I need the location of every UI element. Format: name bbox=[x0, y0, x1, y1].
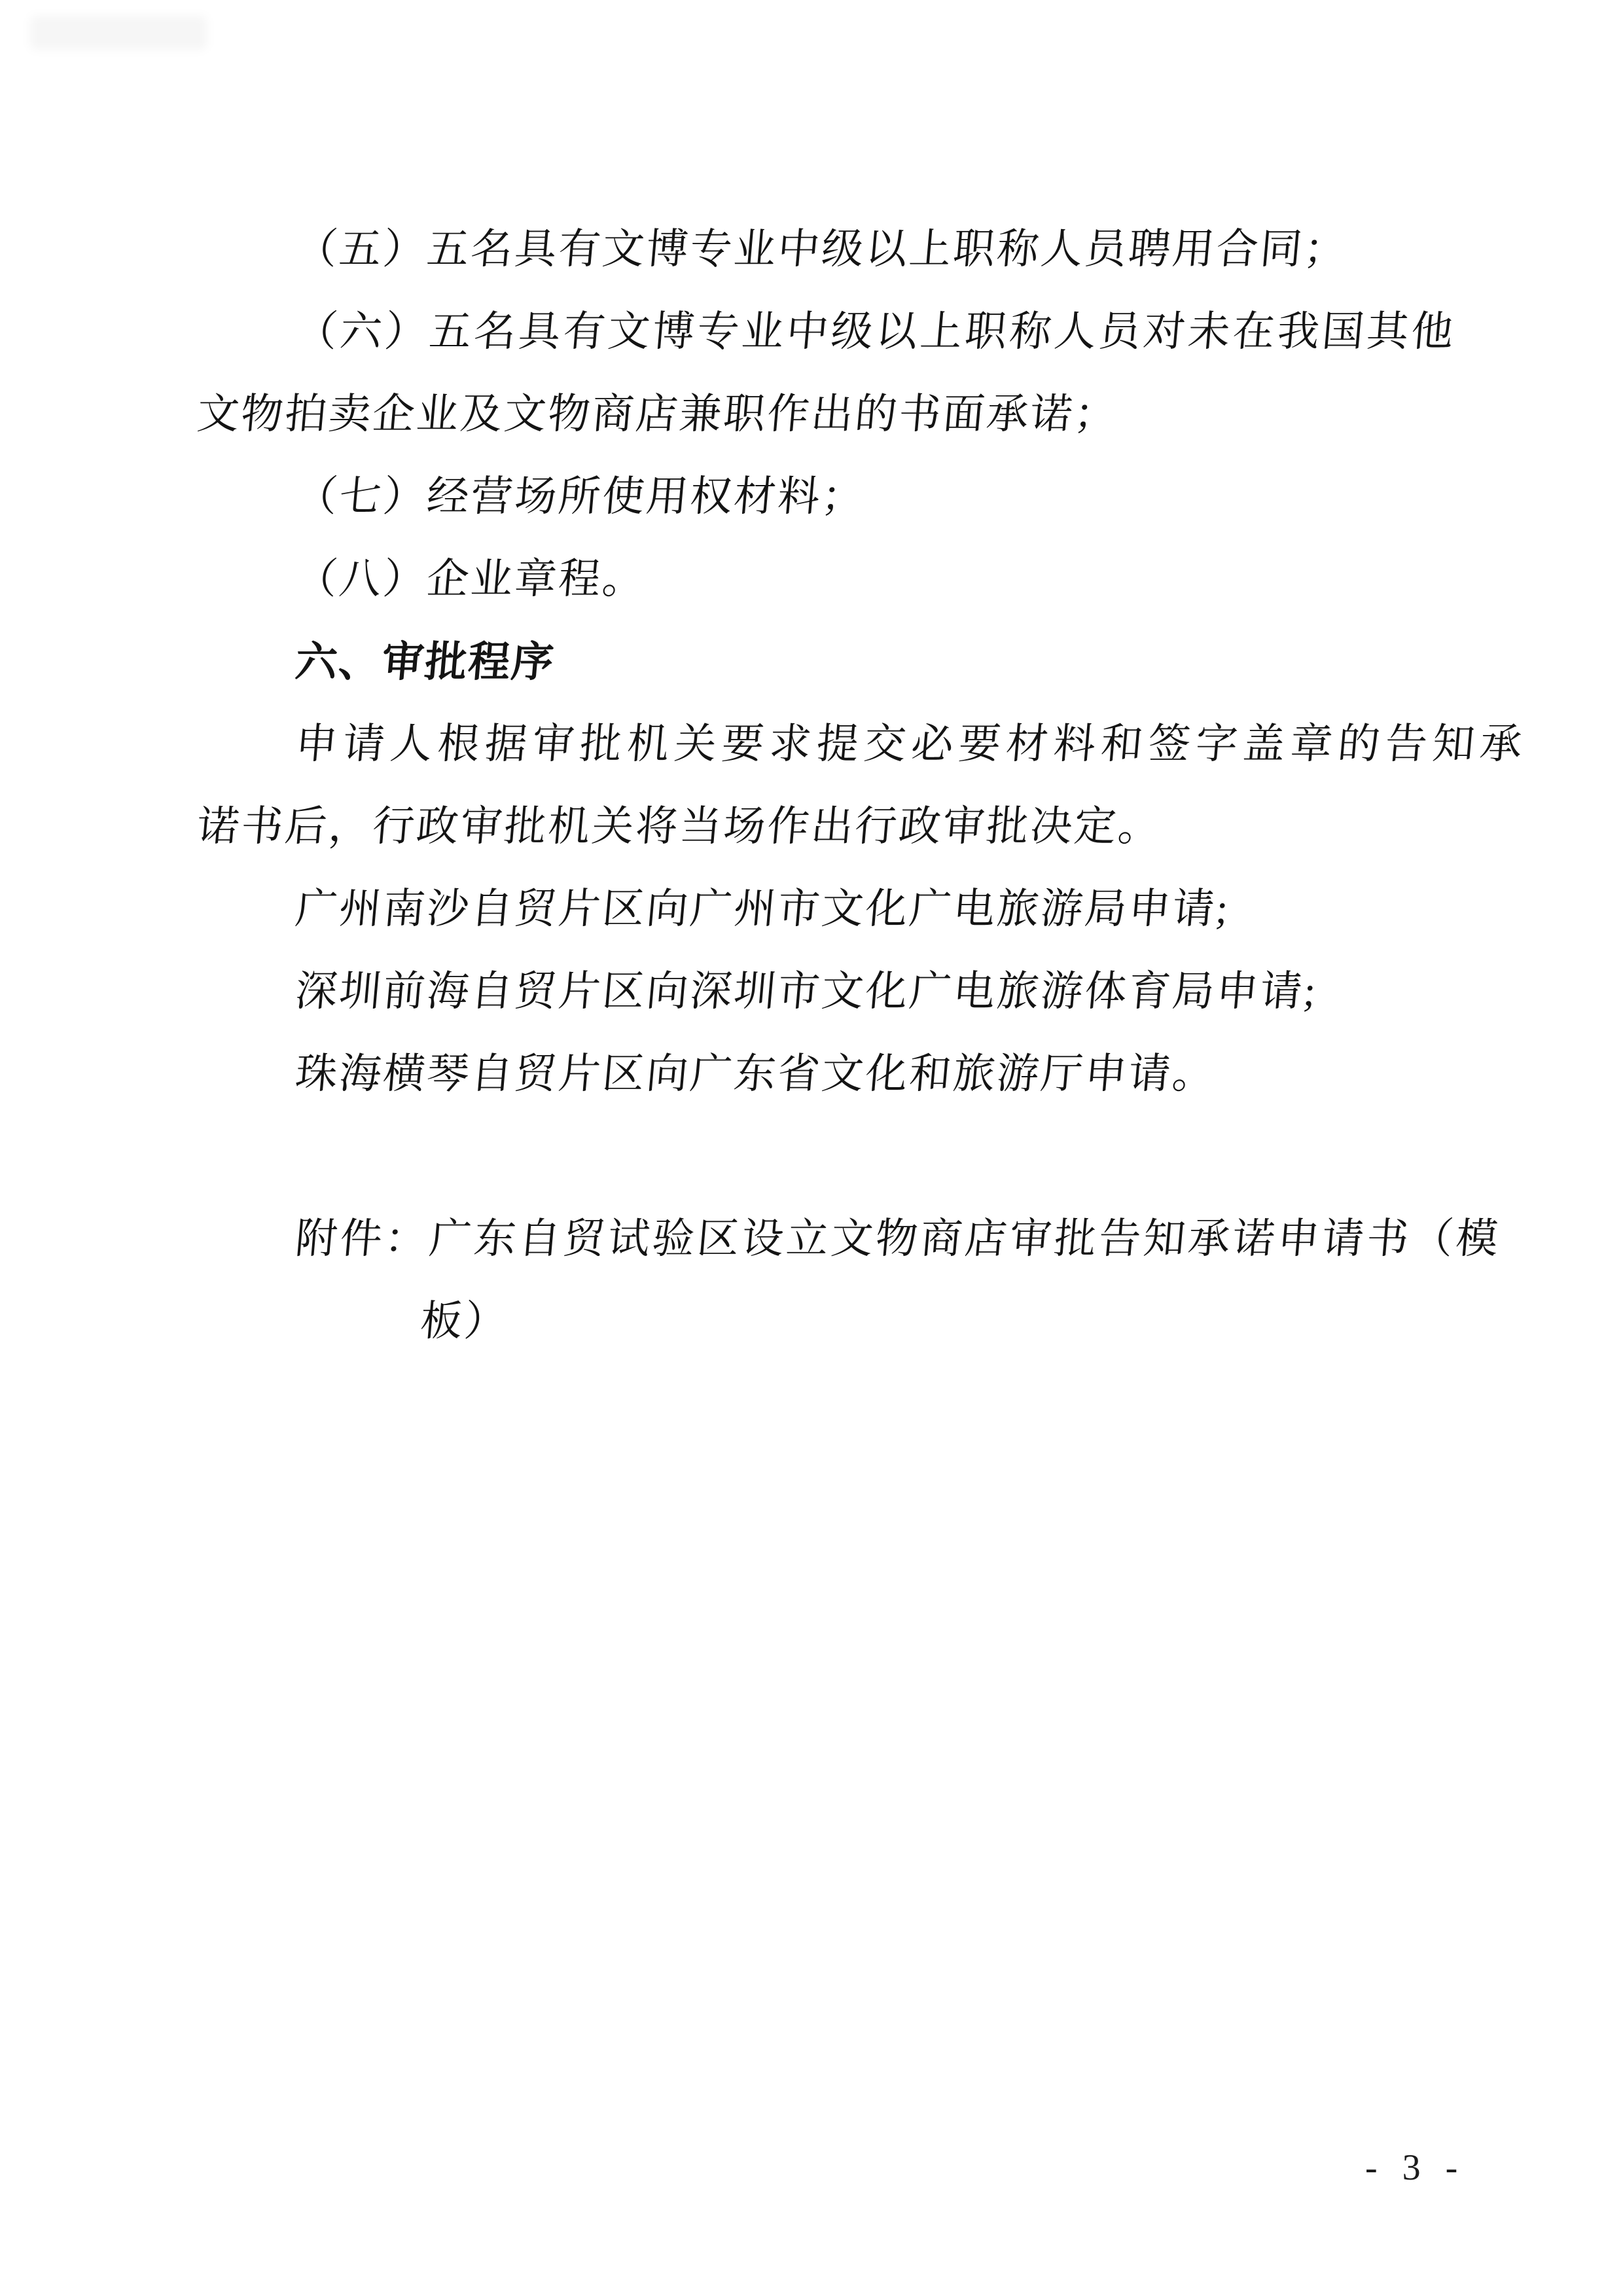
guangzhou-application-line: 广州南沙自贸片区向广州市文化广电旅游局申请; bbox=[194, 868, 1451, 950]
attachment-line-1: 附件：广东自贸试验区设立文物商店审批告知承诺申请书（模 bbox=[194, 1198, 1451, 1280]
procedure-paragraph-line-1: 申请人根据审批机关要求提交必要材料和签字盖章的告知承 bbox=[194, 703, 1451, 785]
item-6-line-1: （六）五名具有文博专业中级以上职称人员对未在我国其他 bbox=[194, 291, 1451, 373]
section-heading: 六、审批程序 bbox=[194, 620, 1451, 703]
page-number: - 3 - bbox=[1365, 2147, 1460, 2189]
blank-line bbox=[194, 1115, 1444, 1198]
item-5-line: （五）五名具有文博专业中级以上职称人员聘用合同； bbox=[194, 208, 1451, 291]
item-8-line: （八）企业章程。 bbox=[194, 538, 1451, 620]
attachment-line-2: 板） bbox=[194, 1280, 1451, 1363]
scan-artifact bbox=[30, 16, 207, 50]
item-7-line: （七）经营场所使用权材料； bbox=[194, 456, 1451, 538]
zhuhai-application-line: 珠海横琴自贸片区向广东省文化和旅游厅申请。 bbox=[194, 1033, 1451, 1115]
document-body: （五）五名具有文博专业中级以上职称人员聘用合同； （六）五名具有文博专业中级以上… bbox=[194, 208, 1444, 1363]
shenzhen-application-line: 深圳前海自贸片区向深圳市文化广电旅游体育局申请; bbox=[194, 950, 1451, 1033]
document-page: （五）五名具有文博专业中级以上职称人员聘用合同； （六）五名具有文博专业中级以上… bbox=[0, 0, 1623, 2296]
item-6-line-2: 文物拍卖企业及文物商店兼职作出的书面承诺； bbox=[194, 373, 1451, 456]
procedure-paragraph-line-2: 诺书后，行政审批机关将当场作出行政审批决定。 bbox=[194, 785, 1451, 868]
